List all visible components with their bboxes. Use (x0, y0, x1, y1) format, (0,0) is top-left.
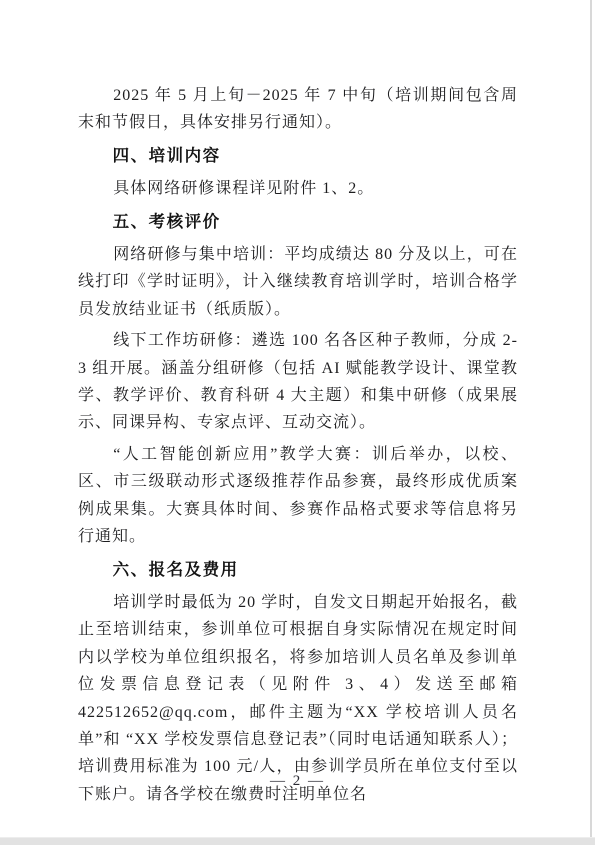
section-heading: 四、培训内容 (78, 143, 518, 170)
section-heading: 六、报名及费用 (78, 557, 518, 584)
body-paragraph: “人工智能创新应用”教学大赛：训后举办，以校、区、市三级联动形式逐级推荐作品参赛… (78, 441, 518, 551)
page-right-edge (590, 0, 592, 845)
document-page: 2025 年 5 月上旬－2025 年 7 中旬（培训期间包含周末和节假日，具体… (0, 0, 595, 845)
page-bottom-edge (0, 837, 595, 845)
page-number: — 2 — (0, 773, 595, 790)
document-body: 2025 年 5 月上旬－2025 年 7 中旬（培训期间包含周末和节假日，具体… (78, 82, 518, 812)
body-paragraph: 2025 年 5 月上旬－2025 年 7 中旬（培训期间包含周末和节假日，具体… (78, 82, 518, 137)
body-paragraph: 网络研修与集中培训：平均成绩达 80 分及以上，可在线打印《学时证明》，计入继续… (78, 241, 518, 323)
body-paragraph: 线下工作坊研修：遴选 100 名各区种子教师，分成 2-3 组开展。涵盖分组研修… (78, 327, 518, 437)
body-paragraph: 具体网络研修课程详见附件 1、2。 (78, 175, 518, 202)
section-heading: 五、考核评价 (78, 209, 518, 236)
